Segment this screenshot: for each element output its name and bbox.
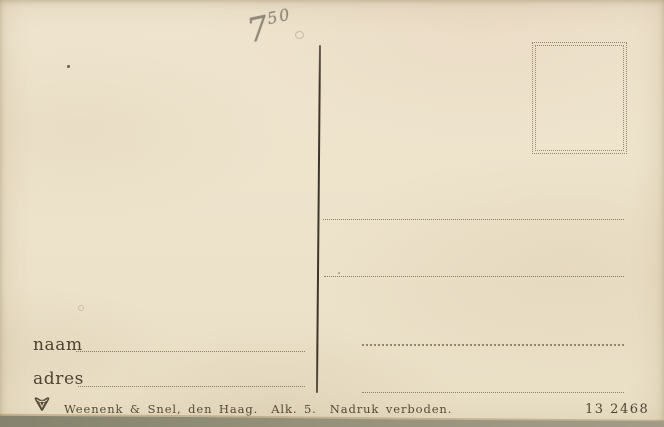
- publisher-logo-icon: [33, 395, 51, 413]
- paper-speck: [295, 31, 304, 39]
- imprint-publisher: Weenenk & Snel, den Haag.: [64, 402, 258, 416]
- address-writing-line: [362, 392, 624, 393]
- stamp-box: [532, 42, 627, 154]
- postcard-back: 750 naam adres Weenenk & Snel, den Haag.…: [0, 0, 664, 427]
- name-label: naam: [33, 335, 83, 355]
- imprint-notice: Nadruk verboden.: [330, 402, 453, 416]
- imprint-series: Alk. 5.: [271, 402, 317, 416]
- paper-speck: [338, 272, 340, 274]
- paper-speck: [78, 305, 84, 311]
- stamp-box-inner-border: [535, 45, 624, 151]
- handwritten-price-note: 750: [244, 6, 295, 48]
- divider-line: [316, 45, 321, 393]
- handwritten-note-sup: 50: [265, 4, 293, 28]
- address-writing-line: [362, 344, 624, 346]
- name-writing-line: [76, 351, 305, 352]
- address-label: adres: [33, 369, 84, 389]
- paper-speck: [67, 65, 70, 68]
- catalog-number: 13 2468: [585, 402, 649, 417]
- publisher-imprint: Weenenk & Snel, den Haag.Alk. 5.Nadruk v…: [64, 402, 452, 416]
- address-writing-line: [323, 219, 624, 220]
- address-label-writing-line: [78, 386, 305, 387]
- address-writing-line: [324, 276, 624, 277]
